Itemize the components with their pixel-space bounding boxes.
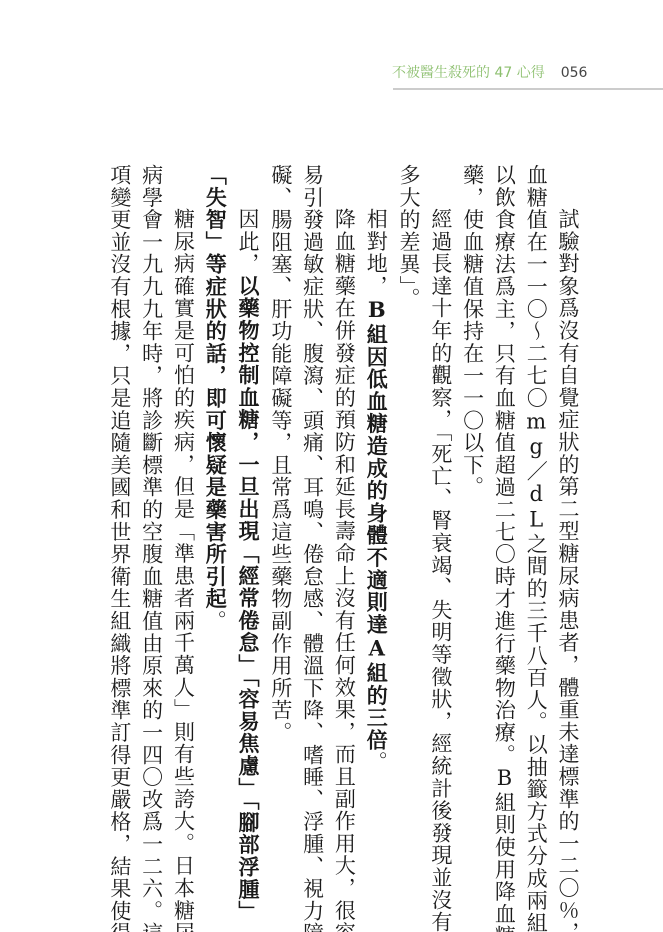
plain-text: 因此， [236,208,260,275]
text-column: 藥，使血糖值保持在一一〇以下。 [456,164,488,864]
text-column: 項變更並沒有根據，只是追隨美國和世界衛生組織將標準訂得更嚴格，結果使得 [103,164,135,864]
text-column: 經過長達十年的觀察，「死亡、腎衰竭、失明等徵狀，經統計後發現並沒有 [424,164,456,864]
text-column: 因此，以藥物控制血糖，一旦出現「經常倦怠」「容易焦慮」「腳部浮腫」 [231,164,264,864]
running-header: 不被醫生殺死的 47 心得056 [392,62,587,86]
plain-text: 。 [364,751,388,773]
text-column: 「失智」等症狀的話，即可懷疑是藥害所引起。 [198,164,231,864]
emphasis-text: B組因低血糖造成的身體不適則達A組的三倍 [364,297,389,751]
plain-text: 。 [203,610,227,632]
plain-text: 相對地， [364,208,388,297]
header-rule [393,88,663,90]
text-column: 相對地，B組因低血糖造成的身體不適則達A組的三倍。 [359,164,392,864]
text-column: 試驗對象爲沒有自覺症狀的第二型糖尿病患者，體重未達標準的一二〇％， [551,164,583,864]
text-column: 以飲食療法爲主，只有血糖值超過二七〇時才進行藥物治療。B組則使用降血糖 [488,164,520,864]
text-column: 易引發過敏症狀、腹瀉、頭痛、耳鳴、倦怠感、體溫下降、嗜睡、浮腫、視力障 [296,164,328,864]
book-title: 不被醫生殺死的 47 心得 [392,65,545,81]
text-column: 礙、腸阻塞、肝功能障礙等，且常爲這些藥物副作用所苦。 [264,164,296,864]
text-column: 病學會一九九九年時，將診斷標準的空腹血糖值由原來的一四〇改爲一二六。這 [135,164,167,864]
emphasis-text: 「失智」等症狀的話，即可懷疑是藥害所引起 [203,164,228,610]
text-column: 糖尿病確實是可怕的疾病，但是「準患者兩千萬人」則有些誇大。日本糖尿 [167,164,199,864]
emphasis-text: 以藥物控制血糖，一旦出現「經常倦怠」「容易焦慮」「腳部浮腫」 [236,275,261,923]
page-number: 056 [561,65,588,81]
text-column: 血糖值在一一〇～二七〇mg／dL之間的三千八百人。以抽籤方式分成兩組，A組 [519,164,551,864]
text-column: 多大的差異」。 [392,164,424,864]
text-column: 降血糖藥在併發症的預防和延長壽命上沒有任何效果，而且副作用大，很容 [328,164,360,864]
vertical-body-text: 試驗對象爲沒有自覺症狀的第二型糖尿病患者，體重未達標準的一二〇％， 血糖值在一一… [103,164,583,864]
